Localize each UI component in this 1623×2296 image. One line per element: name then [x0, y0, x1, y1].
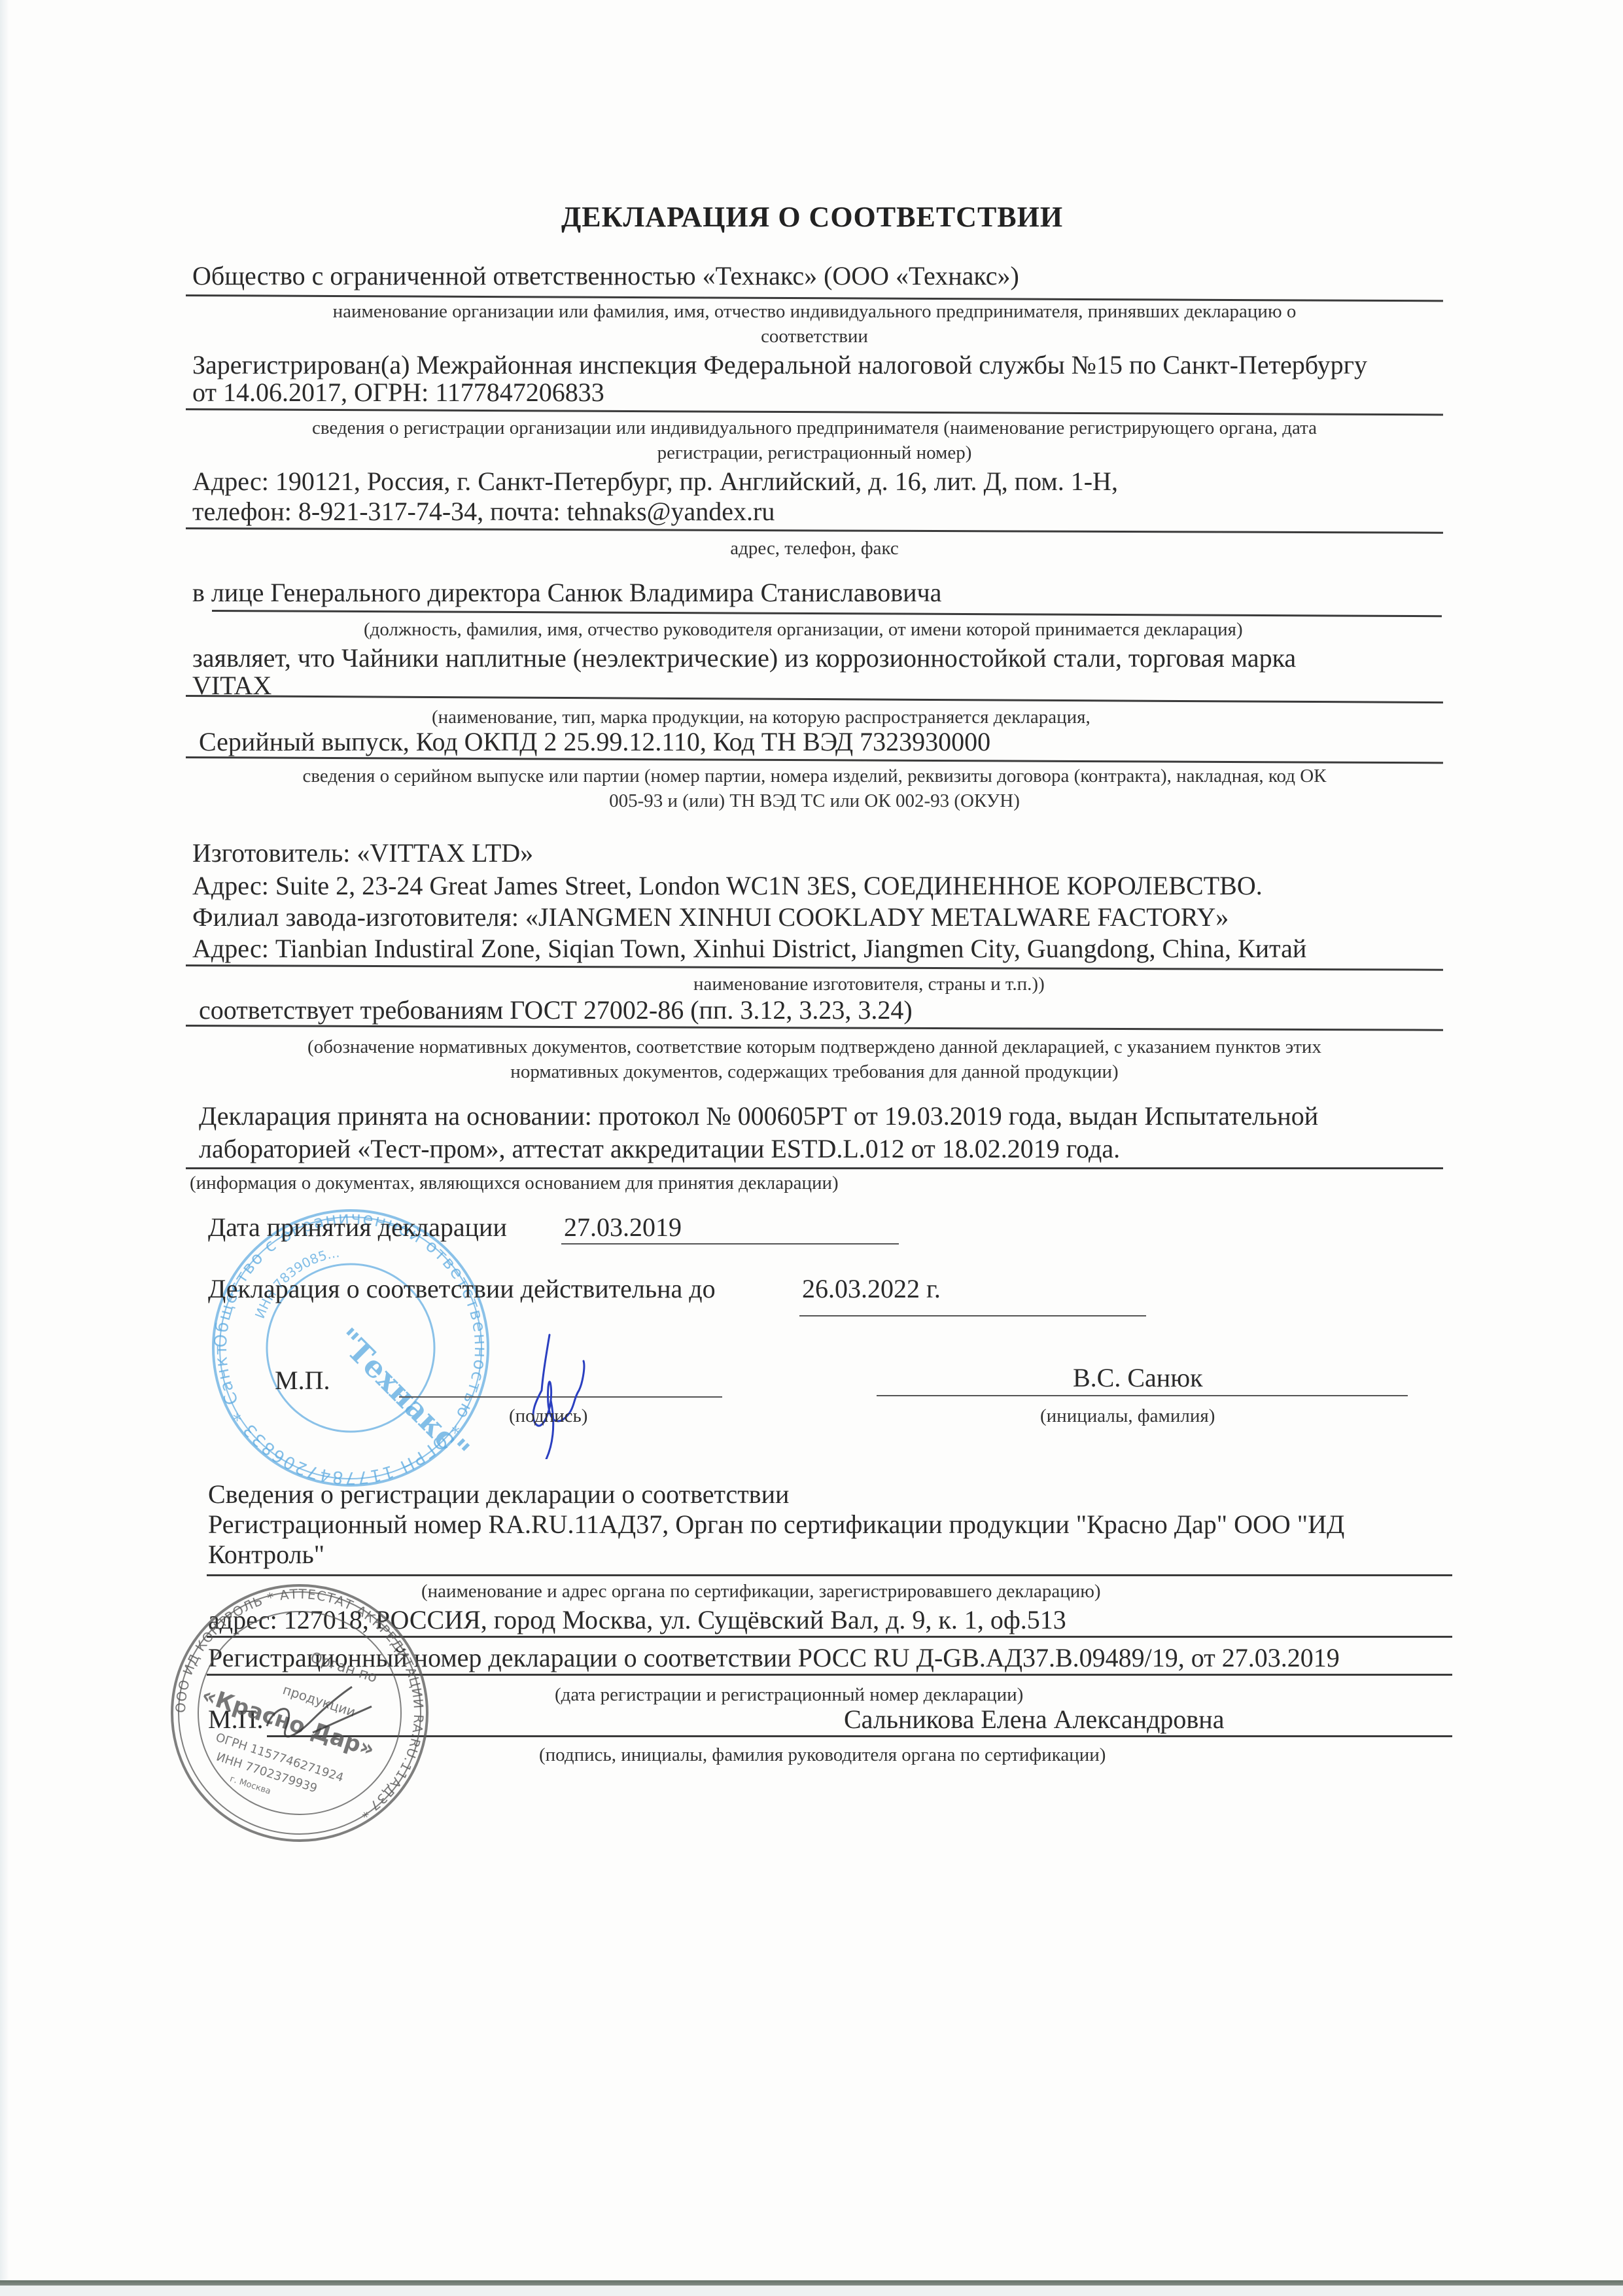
registration-body-line2: Контроль" [208, 1542, 324, 1568]
applicant-registration-line1: Зарегистрирован(а) Межрайонная инспекция… [192, 352, 1367, 378]
body-head-caption: (подпись, инициалы, фамилия руководителя… [539, 1746, 1106, 1765]
manufacturer-address: Адрес: Suite 2, 23-24 Great James Street… [192, 873, 1263, 899]
applicant-name-caption: наименование организации или фамилия, им… [186, 302, 1443, 321]
serial-caption-2: 005-93 и (или) ТН ВЭД ТС или ОК 002-93 (… [186, 792, 1443, 811]
basis-line [186, 1167, 1443, 1169]
basis-line1: Декларация принята на основании: протоко… [199, 1103, 1318, 1129]
standard-line [186, 1025, 1443, 1031]
applicant-registration-line2: от 14.06.2017, ОГРН: 1177847206833 [192, 380, 604, 406]
representative: в лице Генерального директора Санюк Влад… [192, 580, 941, 606]
product-caption: (наименование, тип, марка продукции, на … [432, 708, 1091, 727]
address-line [186, 527, 1443, 534]
signature-icon [510, 1328, 608, 1459]
scan-bottom-margin [0, 2286, 1623, 2296]
manufacturer-branch-address: Адрес: Tianbian Industiral Zone, Siqian … [192, 936, 1306, 962]
manufacturer-caption: наименование изготовителя, страны и т.п.… [693, 975, 1045, 994]
product-line [186, 695, 1443, 703]
product-statement-line1: заявляет, что Чайники наплитные (неэлект… [192, 645, 1296, 671]
basis-line2: лабораторией «Тест-пром», аттестат аккре… [199, 1136, 1120, 1162]
svg-text:"Технакс": "Технакс" [329, 1321, 476, 1468]
registration-caption-2: регистрации, регистрационный номер) [186, 444, 1443, 463]
serial-line [186, 756, 1443, 764]
signer-caption: (инициалы, фамилия) [1040, 1407, 1215, 1426]
scan-bottom-edge [0, 2280, 1623, 2286]
standard-caption: (обозначение нормативных документов, соо… [186, 1038, 1443, 1057]
address-caption: адрес, телефон, факс [186, 539, 1443, 558]
accepted-date-line [561, 1243, 899, 1245]
valid-until-label: Декларация о соответствии действительна … [208, 1276, 716, 1302]
seal-label: М.П. [275, 1368, 330, 1394]
representative-caption: (должность, фамилия, имя, отчество руков… [364, 620, 1243, 639]
registration-caption: сведения о регистрации организации или и… [186, 419, 1443, 438]
accepted-date-value: 27.03.2019 [564, 1214, 682, 1241]
scan-left-shade [0, 0, 9, 2280]
applicant-stamp-icon: Общество с ограниченной ответственностью… [194, 1204, 508, 1492]
signer-name: В.С. Санюк [1073, 1365, 1203, 1391]
body-head-line [267, 1735, 1452, 1737]
registration-body-line1: Регистрационный номер RA.RU.11АД37, Орга… [208, 1511, 1344, 1538]
signature-caption: (подпись) [509, 1407, 587, 1426]
applicant-name-caption-2: соответствии [186, 327, 1443, 346]
representative-line [212, 610, 1442, 617]
declaration-page: ДЕКЛАРАЦИЯ О СООТВЕТСТВИИ Общество с огр… [0, 0, 1623, 2296]
applicant-name: Общество с ограниченной ответственностью… [192, 263, 1019, 289]
signer-line [877, 1395, 1408, 1396]
certification-body-stamp-icon: ООО ИД КОНТРОЛЬ * АТТЕСТАТ АККРЕДИТАЦИИ … [156, 1576, 444, 1850]
accepted-date-label: Дата принятия декларации [208, 1214, 507, 1241]
document-title: ДЕКЛАРАЦИЯ О СООТВЕТСТВИИ [561, 203, 1063, 232]
basis-caption: (информация о документах, являющихся осн… [190, 1174, 839, 1193]
manufacturer-name: Изготовитель: «VITTAX LTD» [192, 840, 533, 866]
svg-text:Орган по: Орган по [308, 1650, 379, 1686]
registration-line [186, 408, 1443, 415]
applicant-address-line2: телефон: 8-921-317-74-34, почта: tehnaks… [192, 499, 775, 525]
valid-until-value: 26.03.2022 г. [802, 1276, 941, 1302]
registration-body-caption: (наименование и адрес органа по сертифик… [421, 1582, 1101, 1601]
standard-caption-2: нормативных документов, содержащих требо… [186, 1063, 1443, 1082]
declaration-number-caption: (дата регистрации и регистрационный номе… [555, 1686, 1023, 1704]
registration-header: Сведения о регистрации декларации о соот… [208, 1481, 789, 1508]
valid-until-line [799, 1315, 1146, 1316]
manufacturer-line [186, 964, 1443, 971]
serial-info: Серийный выпуск, Код ОКПД 2 25.99.12.110… [199, 729, 990, 755]
manufacturer-branch: Филиал завода-изготовителя: «JIANGMEN XI… [192, 904, 1229, 930]
serial-caption: сведения о серийном выпуске или партии (… [186, 767, 1443, 786]
body-head-name: Сальникова Елена Александровна [844, 1706, 1224, 1733]
conformity-standard: соответствует требованиям ГОСТ 27002-86 … [199, 997, 913, 1023]
applicant-address-line1: Адрес: 190121, Россия, г. Санкт-Петербур… [192, 468, 1118, 495]
